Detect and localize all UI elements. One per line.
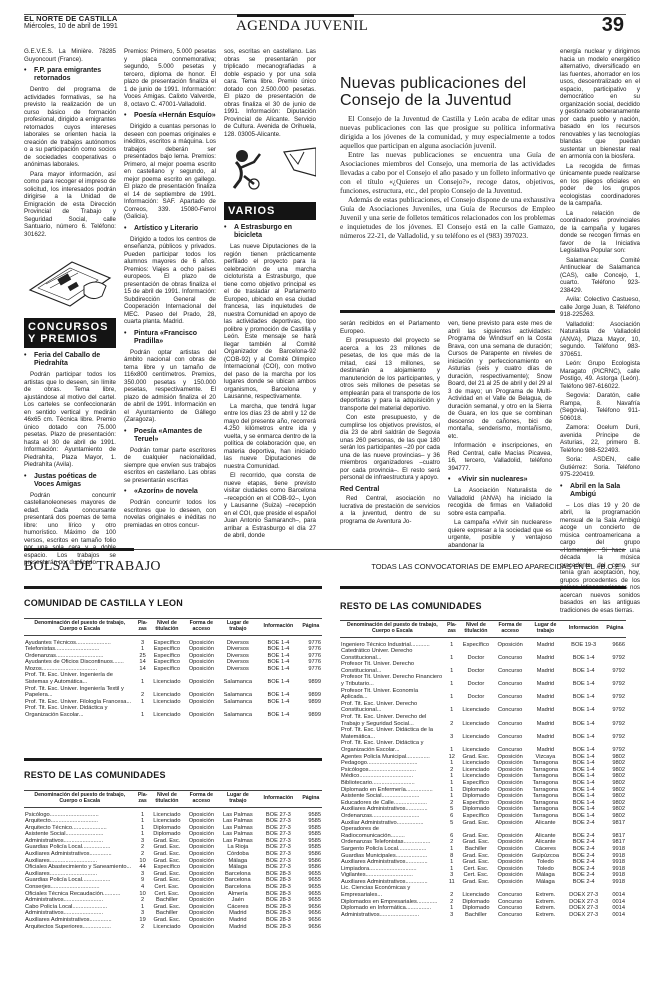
cell-lugar: Alicante: [527, 839, 563, 846]
article-text: Para mayor información, así como para re…: [24, 171, 116, 239]
cell-pagina: 9776: [300, 666, 322, 673]
cell-job-title: Catedrático Univer. Derecho Constitucion…: [340, 648, 445, 661]
cell-nivel: Grad. Esc.: [459, 826, 493, 839]
cell-forma: Oposición: [184, 844, 218, 851]
article-text: sos, escritas en castellano. Las obras s…: [224, 48, 316, 138]
cell-forma: Oposición: [184, 838, 218, 845]
cell-lugar: Madrid: [219, 910, 258, 917]
column-5: ven, tiene previsto para este mes de abr…: [448, 320, 552, 551]
cell-lugar: Extrem.: [527, 912, 563, 919]
cell-job-title: Prof. Tit. Esc. Univer. Derecho Constitu…: [340, 701, 445, 714]
cell-plazas: 3: [445, 912, 459, 919]
cell-job-title: Telefonistas............................: [24, 646, 135, 653]
feature-lead: El Consejo de la Juventud de Castilla y …: [340, 114, 555, 240]
cell-lugar: Madrid: [527, 688, 563, 701]
cell-nivel: Cert. Esc.: [459, 872, 493, 879]
cell-pagina: 9666: [604, 642, 626, 649]
cell-info: BOE 1-4: [564, 767, 604, 774]
article-text: Premios: Primero, 5.000 pesetas y placa …: [124, 48, 216, 108]
bolsa-title: BOLSA DE TRABAJO: [24, 559, 161, 575]
feature-paragraph: El Consejo de la Juventud de Castilla y …: [340, 114, 555, 150]
resto-right-title: RESTO DE LAS COMUNIDADES: [340, 601, 482, 611]
cell-pagina: 9585: [300, 838, 322, 845]
table-row: Administrativos.........................…: [24, 838, 322, 845]
cell-job-title: Médico..................................: [340, 773, 445, 780]
cell-plazas: 11: [445, 879, 459, 886]
cell-job-title: Ayudantes Técnicos......................: [24, 640, 135, 647]
cell-forma: Oposición: [184, 924, 218, 931]
table-row: Conserjes...............................…: [24, 884, 322, 891]
cell-forma: Oposición: [184, 831, 218, 838]
cell-plazas: 10: [135, 858, 149, 865]
cell-lugar: Madrid: [527, 648, 563, 661]
cell-info: BOE 28-3: [257, 897, 300, 904]
cyclist-illustration: [224, 146, 316, 194]
cell-forma: Oposición: [493, 866, 527, 873]
contact-entry: Avila: Colectivo Castueso, calle Jorge J…: [560, 296, 640, 319]
cell-lugar: Las Palmas: [219, 838, 258, 845]
cell-forma: Oposición: [184, 705, 218, 718]
cell-nivel: Licenciado: [150, 812, 184, 819]
cell-plazas: 1: [445, 701, 459, 714]
cell-pagina: 9792: [604, 688, 626, 701]
cell-nivel: Licenciado: [459, 767, 493, 774]
cell-forma: Oposición: [184, 884, 218, 891]
cell-info: DOEX 27-3: [564, 905, 604, 912]
feature-paragraph: Entre las nuevas publicaciones se encuen…: [340, 150, 555, 195]
cell-plazas: 3: [445, 872, 459, 879]
cell-info: BOE 1-4: [564, 661, 604, 674]
cell-job-title: Conserjes...............................: [24, 884, 135, 891]
cell-lugar: Las Palmas: [219, 818, 258, 825]
cell-pagina: 9585: [300, 818, 322, 825]
cell-pagina: 9899: [300, 686, 322, 699]
cell-lugar: Extrem.: [527, 905, 563, 912]
cell-info: BOE 1-4: [564, 754, 604, 761]
cell-plazas: 1: [445, 787, 459, 794]
cell-job-title: Asistente Social........................: [24, 831, 135, 838]
cell-job-title: Diplomado en Enfermería.................: [340, 787, 445, 794]
cell-job-title: Auxiliares..............................: [24, 858, 135, 865]
article-text: Dirigido a todos los centros de enseñanz…: [124, 236, 216, 326]
cell-info: BOE 1-4: [564, 806, 604, 813]
resto-left-table: Denominación del puesto de trabajo, Cuer…: [24, 790, 322, 930]
column-6: energía nuclear y dirigirnos hacia un mo…: [560, 48, 640, 616]
cell-lugar: Madrid: [527, 714, 563, 727]
table-row: Operadores de Radiocomunicación.........…: [340, 826, 626, 839]
col-header-forma: Forma de acceso: [184, 619, 218, 636]
cell-forma: Oposición: [184, 818, 218, 825]
cell-pagina: 9586: [300, 864, 322, 871]
cell-forma: Concurso: [493, 912, 527, 919]
cell-forma: Oposición: [184, 686, 218, 699]
contact-entry: Zamora: Ocelum Durii, avenida Príncipe d…: [560, 424, 640, 454]
cell-info: BOE 1-4: [564, 800, 604, 807]
cell-nivel: Grad. Esc.: [150, 851, 184, 858]
cell-forma: Concurso: [493, 688, 527, 701]
newspaper-illustration: [24, 248, 116, 308]
cell-lugar: Tarragona: [527, 760, 563, 767]
cell-nivel: Grad. Esc.: [459, 820, 493, 827]
col-header-pagina: Página: [300, 791, 322, 808]
cell-plazas: 1: [135, 818, 149, 825]
cell-lugar: Tarragona: [527, 773, 563, 780]
table-row: Prof. Tit. Esc. Univer. Filología France…: [24, 699, 322, 706]
article-head-artistico: Artístico y Literario: [124, 225, 216, 233]
cell-lugar: Salamanca: [219, 699, 258, 706]
cell-plazas: 1: [135, 831, 149, 838]
cell-plazas: 19: [135, 917, 149, 924]
bolsa-rule-left: [24, 548, 134, 551]
cell-plazas: 1: [445, 773, 459, 780]
article-head-fp: F.P. para emigrantes retornados: [24, 67, 116, 83]
cell-job-title: Prof. Tit. Esc. Univer. Didáctica y Orga…: [24, 705, 135, 718]
article-text: – Los días 19 y 20 de abril, la programa…: [560, 502, 640, 615]
cell-plazas: 1: [445, 859, 459, 866]
cell-nivel: Licenciado: [459, 714, 493, 727]
table-row: Limpiadora..............................…: [340, 866, 626, 873]
cell-pagina: 9585: [300, 812, 322, 819]
cell-info: BOE 2-4: [564, 826, 604, 839]
article-text: Dirigido a cuantas personas lo deseen co…: [124, 123, 216, 221]
cell-job-title: Psicólogos..............................: [340, 767, 445, 774]
newspaper-name: EL NORTE DE CASTILLA: [24, 14, 117, 23]
cell-plazas: 44: [135, 864, 149, 871]
cell-lugar: Madrid: [219, 924, 258, 931]
cell-pagina: 9655: [300, 877, 322, 884]
cell-plazas: 1: [135, 812, 149, 819]
cell-forma: Oposición: [493, 859, 527, 866]
cell-job-title: Diplomado en Informática................: [340, 905, 445, 912]
article-text: Información e inscripciones, en Red Cent…: [448, 442, 552, 472]
contact-entry: Valladolid: Asociación Naturalista de Va…: [560, 321, 640, 359]
cell-lugar: Almería: [219, 891, 258, 898]
table-row: Cabo Policía Local......................…: [24, 904, 322, 911]
cell-nivel: Licenciado: [150, 818, 184, 825]
cell-plazas: 2: [445, 839, 459, 846]
cell-nivel: Específico: [150, 659, 184, 666]
article-text: Podrán tomar parte escritores de cualqui…: [124, 447, 216, 485]
table-header: Denominación del puesto de trabajo, Cuer…: [24, 619, 322, 636]
cell-info: BOE 2-4: [564, 872, 604, 879]
cell-lugar: Madrid: [527, 740, 563, 753]
cell-nivel: Doctor: [459, 661, 493, 674]
article-text: La relación de coordinadores provinciale…: [560, 210, 640, 255]
cell-job-title: Prof. Tit. Esc. Univer. Filología France…: [24, 699, 135, 706]
cell-forma: Oposición: [184, 877, 218, 884]
cell-forma: Oposición: [493, 760, 527, 767]
cell-lugar: Toledo: [527, 859, 563, 866]
cell-lugar: Diversos: [219, 653, 258, 660]
cell-job-title: Auxiliares Administrativos..............: [340, 806, 445, 813]
cell-lugar: Tarragona: [527, 793, 563, 800]
table-row: Auxiliares Administrativos..............…: [340, 806, 626, 813]
cell-plazas: 1: [445, 793, 459, 800]
cell-pagina: 9792: [604, 714, 626, 727]
cell-info: BOE 2-4: [564, 866, 604, 873]
cell-info: BOE 2-4: [564, 820, 604, 827]
table-row: Ingeniero Técnico Industrial............…: [340, 642, 626, 649]
section-bar: [237, 14, 354, 17]
cell-info: BOE 1-4: [257, 659, 300, 666]
cell-nivel: Específico: [459, 813, 493, 820]
cell-nivel: Diplomado: [150, 831, 184, 838]
cell-forma: Oposición: [493, 879, 527, 886]
cell-plazas: 1: [445, 674, 459, 687]
castilla-rule: [24, 586, 322, 589]
cell-forma: Oposición: [184, 640, 218, 647]
bolsa-subtitle: TODAS LAS CONVOCATORIAS DE EMPLEO APAREC…: [371, 562, 626, 571]
cell-pagina: 9655: [300, 897, 322, 904]
cell-pagina: 9656: [300, 924, 322, 931]
cell-pagina: 9802: [604, 800, 626, 807]
cell-lugar: Tarragona: [527, 813, 563, 820]
col-header-nivel: Nivel de titulación: [459, 621, 493, 638]
table-row: Auxiliares Administrativos..............…: [340, 859, 626, 866]
table-row: Prof. Tit. Esc. Univer. Didáctica de la …: [340, 727, 626, 740]
cell-forma: Concurso: [493, 899, 527, 906]
cell-job-title: Arquitecto Técnico......................: [24, 825, 135, 832]
cell-plazas: 4: [135, 884, 149, 891]
cell-pagina: 9802: [604, 813, 626, 820]
cell-plazas: 3: [135, 871, 149, 878]
cell-info: BOE 28-3: [257, 877, 300, 884]
article-head-teruel: Poesía «Amantes de Teruel»: [124, 428, 216, 444]
cell-lugar: Barcelona: [219, 884, 258, 891]
table-header: Denominación del puesto de trabajo, Cuer…: [24, 791, 322, 808]
cell-lugar: Barcelona: [219, 877, 258, 884]
cell-info: BOE 1-4: [564, 674, 604, 687]
table-row: Pedagogo................................…: [340, 760, 626, 767]
cell-plazas: 1: [135, 705, 149, 718]
table-row: Guardias Policía Local..................…: [24, 877, 322, 884]
cell-info: BOE 1-4: [564, 648, 604, 661]
table-row: Administrativos.........................…: [24, 910, 322, 917]
cell-plazas: 1: [445, 846, 459, 853]
cell-pagina: 9802: [604, 793, 626, 800]
section-label-concursos: CONCURSOS Y PREMIOS: [24, 318, 116, 348]
cell-pagina: 9792: [604, 727, 626, 740]
table-row: Médico..................................…: [340, 773, 626, 780]
cell-nivel: Grad. Esc.: [150, 844, 184, 851]
cell-nivel: Bachiller: [150, 897, 184, 904]
cell-pagina: 9585: [300, 825, 322, 832]
cell-forma: Oposición: [184, 904, 218, 911]
cell-pagina: 9586: [300, 858, 322, 865]
table-row: Profesor Tit. Univer. Derecho Financiero…: [340, 674, 626, 687]
table-row: Diplomado en Informática................…: [340, 905, 626, 912]
cell-lugar: Extrem.: [527, 899, 563, 906]
cell-forma: Oposición: [493, 853, 527, 860]
cell-job-title: Educadores de Calle.....................: [340, 800, 445, 807]
resto-right-table: Denominación del puesto de trabajo, Cuer…: [340, 620, 626, 918]
cell-forma: Concurso: [493, 740, 527, 753]
cell-info: DOEX 27-3: [564, 885, 604, 898]
table-row: Guardias Municipales....................…: [340, 853, 626, 860]
article-text: serán recibidos en el Parlamento Europeo…: [340, 320, 440, 335]
cell-nivel: Cert. Esc.: [459, 866, 493, 873]
cell-job-title: Profesor Tit. Univer. Economía Aplicada.…: [340, 688, 445, 701]
cell-info: BOE 2-4: [564, 879, 604, 886]
cell-job-title: Prof. Tit. Esc. Univer. Derecho del Trab…: [340, 714, 445, 727]
cell-job-title: Diplomados en Empresariales.............: [340, 899, 445, 906]
cell-nivel: Grad. Esc.: [459, 853, 493, 860]
cell-lugar: Diversos: [219, 666, 258, 673]
cell-nivel: Doctor: [459, 674, 493, 687]
cell-pagina: 9918: [604, 853, 626, 860]
article-text: Podrán concurrir todos los escritores qu…: [124, 499, 216, 529]
cell-job-title: Psicólogo...............................: [24, 812, 135, 819]
cell-forma: Oposición: [184, 864, 218, 871]
cell-info: BOE 1-4: [564, 813, 604, 820]
article-text: El presupuesto del proyecto se acerca a …: [340, 337, 440, 412]
cell-nivel: Específico: [150, 864, 184, 871]
cell-pagina: 9817: [604, 820, 626, 827]
table-row: Arquitectos Superiores..................…: [24, 924, 322, 931]
article-text: ven, tiene previsto para este mes de abr…: [448, 320, 552, 440]
table-row: Auxiliares Administrativos..............…: [24, 851, 322, 858]
cell-info: BOE 28-3: [257, 917, 300, 924]
cell-nivel: Específico: [150, 646, 184, 653]
cell-pagina: 9655: [300, 871, 322, 878]
cell-nivel: Licenciado: [459, 740, 493, 753]
cell-lugar: Alicante: [527, 820, 563, 827]
cell-pagina: 9585: [300, 831, 322, 838]
cell-forma: Concurso: [493, 648, 527, 661]
cell-job-title: Profesor Tit. Univer. Derecho Constituci…: [340, 661, 445, 674]
cell-plazas: 2: [135, 686, 149, 699]
cell-job-title: Administrativos.........................: [340, 912, 445, 919]
cell-job-title: Ordenanzas Telefonistas.................: [340, 839, 445, 846]
cell-pagina: 9918: [604, 846, 626, 853]
cell-pagina: 9792: [604, 740, 626, 753]
cell-info: BOE 27-3: [257, 812, 300, 819]
col-header-lugar: Lugar de trabajo: [219, 619, 258, 636]
cell-pagina: 9918: [604, 872, 626, 879]
cell-plazas: 2: [135, 851, 149, 858]
cell-forma: Oposición: [184, 825, 218, 832]
cell-nivel: Diplomado: [459, 793, 493, 800]
cell-info: BOE 2-4: [564, 839, 604, 846]
table-row: Asistente Social........................…: [340, 793, 626, 800]
cell-pagina: 9802: [604, 754, 626, 761]
cell-plazas: 8: [445, 853, 459, 860]
cell-nivel: Licenciado: [150, 686, 184, 699]
cell-job-title: Limpiadora..............................: [340, 866, 445, 873]
cell-info: BOE 1-4: [564, 688, 604, 701]
resto-left-title: RESTO DE LAS COMUNIDADES: [24, 770, 166, 780]
cell-plazas: 5: [445, 806, 459, 813]
cell-nivel: Cert. Esc.: [150, 891, 184, 898]
cell-forma: Oposición: [184, 699, 218, 706]
table-row: Prof. Tit. Esc. Univer. Didáctica y Orga…: [24, 705, 322, 718]
cell-plazas: 2: [135, 844, 149, 851]
table-row: Sargento Policía Local..................…: [340, 846, 626, 853]
cell-info: BOE 1-4: [564, 701, 604, 714]
cell-info: BOE 1-4: [564, 714, 604, 727]
cell-forma: Concurso: [493, 885, 527, 898]
cell-pagina: 9776: [300, 646, 322, 653]
cell-nivel: Grad. Esc.: [459, 879, 493, 886]
article-text: Podrán concurrir castellanoleoneses mayo…: [24, 492, 116, 567]
cell-nivel: Grad. Esc.: [150, 871, 184, 878]
cell-job-title: Bibliotecario...........................: [340, 780, 445, 787]
col-header-nivel: Nivel de titulación: [150, 791, 184, 808]
cell-info: BOE 28-3: [257, 891, 300, 898]
cell-job-title: Auxiliar Administrativo.................: [340, 820, 445, 827]
cell-info: BOE 1-4: [564, 760, 604, 767]
cell-lugar: Tarragona: [527, 806, 563, 813]
cell-nivel: Bachiller: [150, 910, 184, 917]
article-head-azorin: «Azorín» de novela: [124, 488, 216, 496]
cell-forma: Oposición: [184, 646, 218, 653]
cell-forma: Oposición: [493, 846, 527, 853]
table-row: Administrativos.........................…: [340, 912, 626, 919]
cell-pagina: 9792: [604, 701, 626, 714]
cell-nivel: Específico: [150, 640, 184, 647]
cell-pagina: 9656: [300, 904, 322, 911]
article-text: Red Central, asociación no lucrativa de …: [340, 495, 440, 525]
table-header: Denominación del puesto de trabajo, Cuer…: [340, 621, 626, 638]
cell-pagina: 9899: [300, 699, 322, 706]
cell-lugar: Tarragona: [527, 800, 563, 807]
col-header-den: Denominación del puesto de trabajo, Cuer…: [24, 791, 135, 808]
cell-pagina: 9817: [604, 839, 626, 846]
article-head-ambiga: Abril en la Sala Ambigú: [560, 483, 640, 499]
table-row: Profesor Tit. Univer. Economía Aplicada.…: [340, 688, 626, 701]
article-head-nucleares: «Vivir sin nucleares»: [448, 476, 552, 484]
cell-plazas: 1: [445, 661, 459, 674]
cell-lugar: Diversos: [219, 646, 258, 653]
cell-forma: Oposición: [493, 754, 527, 761]
table-row: Vigilantes..............................…: [340, 872, 626, 879]
feature-paragraph: Además de estas publicaciones, el Consej…: [340, 195, 555, 240]
cell-nivel: Licenciado: [459, 727, 493, 740]
cell-job-title: Oficiales Abastecimiento y Saneamiento..…: [24, 864, 135, 871]
col-header-info: Información: [257, 791, 300, 808]
cell-lugar: Madrid: [527, 661, 563, 674]
cell-plazas: 2: [445, 767, 459, 774]
cell-forma: Oposición: [493, 642, 527, 649]
cell-info: BOE 1-4: [257, 686, 300, 699]
cell-forma: Oposición: [184, 659, 218, 666]
cell-pagina: 9586: [300, 851, 322, 858]
cell-forma: Oposición: [493, 800, 527, 807]
table-row: Oficiales Técnica Recaudación...........…: [24, 891, 322, 898]
article-text: El recorrido, que consta de nueve etapas…: [224, 472, 316, 540]
cell-info: BOE 27-3: [257, 838, 300, 845]
cell-info: BOE 19-3: [564, 642, 604, 649]
contact-entry: Segovia: Daratón, calle Rampa, 8. Navafr…: [560, 392, 640, 422]
cell-job-title: Prof. Tit. Esc. Univer. Didáctica de la …: [340, 727, 445, 740]
col-header-den: Denominación del puesto de trabajo, Cuer…: [24, 619, 135, 636]
masthead: EL NORTE DE CASTILLA Miércoles, 10 de ab…: [24, 14, 624, 34]
article-text: La marcha, que tendrá lugar entre los dí…: [224, 403, 316, 471]
cell-forma: Oposición: [184, 858, 218, 865]
cell-info: BOE 2-4: [564, 859, 604, 866]
cell-job-title: Cabo Policía Local......................: [24, 904, 135, 911]
cell-nivel: Cert. Esc.: [150, 884, 184, 891]
cell-lugar: Madrid: [219, 917, 258, 924]
cell-plazas: 14: [135, 666, 149, 673]
column-4: serán recibidos en el Parlamento Europeo…: [340, 320, 440, 527]
cell-info: BOE 28-3: [257, 924, 300, 931]
cell-job-title: Agentes Policía Municipal...............: [340, 754, 445, 761]
table-row: Psicólogos..............................…: [340, 767, 626, 774]
cell-lugar: Málaga: [527, 872, 563, 879]
cell-nivel: Doctor: [459, 688, 493, 701]
column-3: sos, escritas en castellano. Las obras s…: [224, 48, 316, 542]
